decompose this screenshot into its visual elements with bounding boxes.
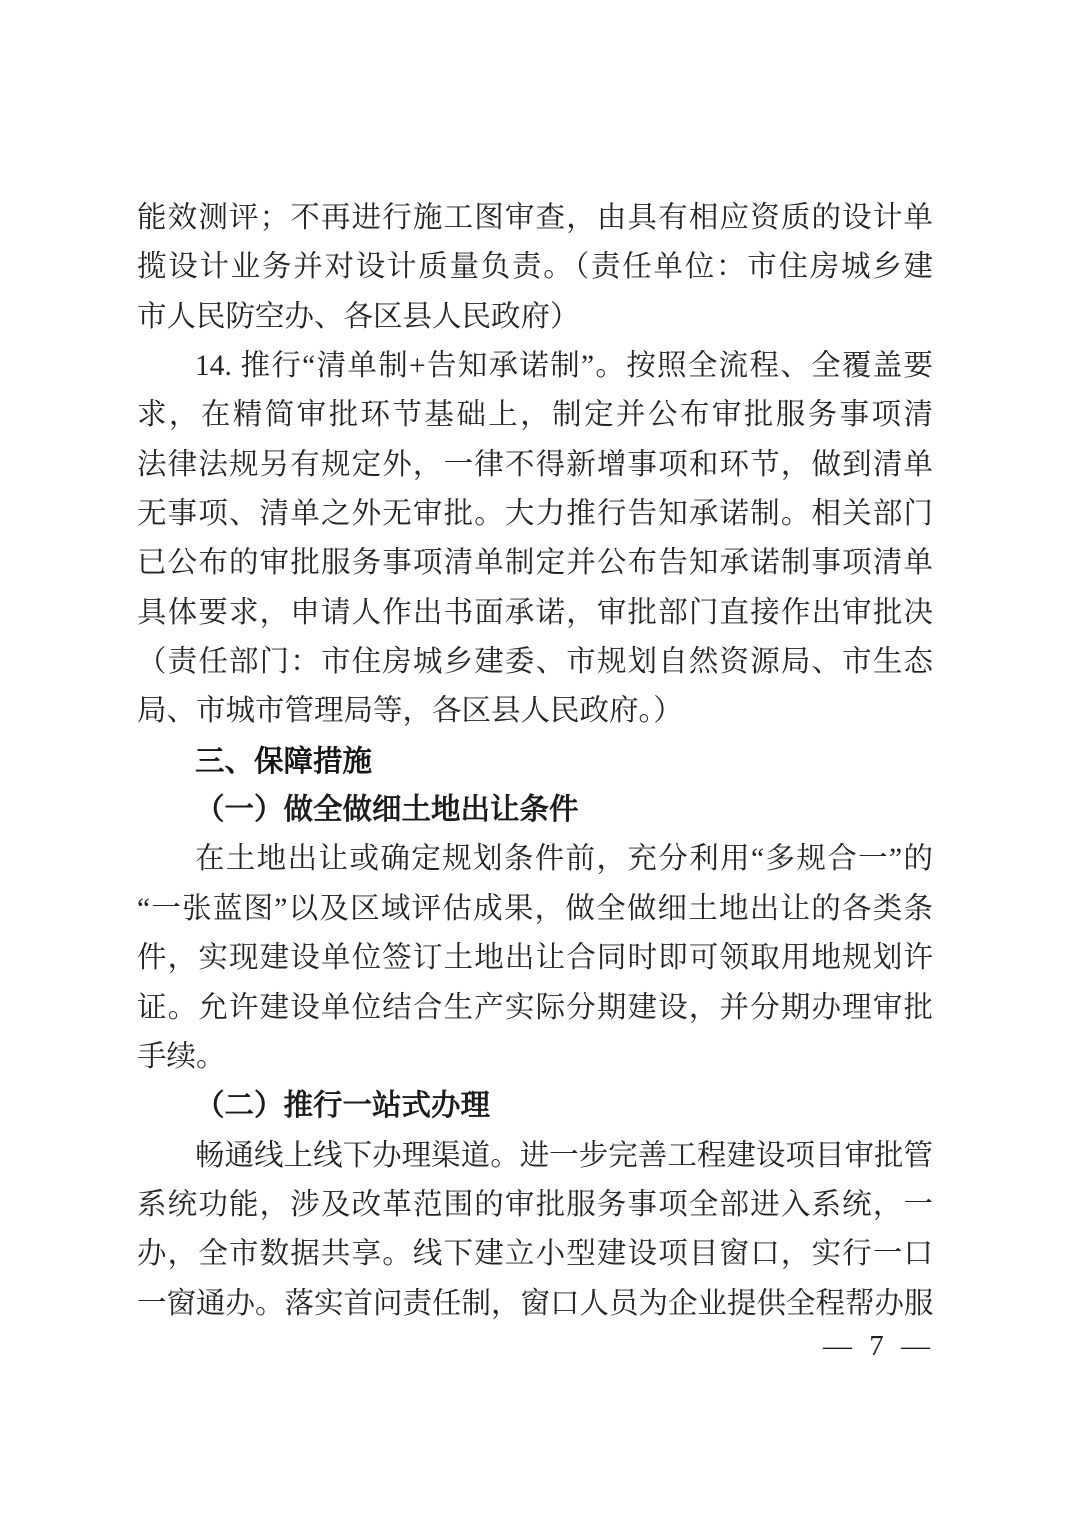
subsection-heading-2: （二）推行一站式办理	[137, 1082, 933, 1131]
body-text-line: 畅通线上线下办理渠道。进一步完善工程建设项目审批管理	[137, 1132, 933, 1181]
body-text-line: 14. 推行“清单制+告知承诺制”。按照全流程、全覆盖要	[137, 342, 933, 391]
body-text-line: 办，全市数据共享。线下建立小型建设项目窗口，实行一口受理，	[137, 1230, 933, 1279]
document-page: 能效测评；不再进行施工图审查，由具有相应资质的设计单位承 揽设计业务并对设计质量…	[0, 0, 1074, 1520]
body-text-line: （责任部门：市住房城乡建委、市规划自然资源局、市生态环境	[137, 638, 933, 687]
subsection-heading-1: （一）做全做细土地出让条件	[137, 786, 933, 835]
body-text-line: 求，在精简审批环节基础上，制定并公布审批服务事项清单，除	[137, 391, 933, 440]
page-number: — 7 —	[823, 1322, 935, 1371]
body-text-line: 法律法规另有规定外，一律不得新增事项和环节，做到清单之外	[137, 441, 933, 490]
section-heading-3: 三、保障措施	[137, 737, 933, 786]
body-text-line: 系统功能，涉及改革范围的审批服务事项全部进入系统，一网通	[137, 1181, 933, 1230]
body-text-line: 能效测评；不再进行施工图审查，由具有相应资质的设计单位承	[137, 194, 933, 243]
body-text-line: 手续。	[137, 1033, 933, 1082]
body-text-line: “一张蓝图”以及区域评估成果，做全做细土地出让的各类条	[137, 885, 933, 934]
body-text-line: 在土地出让或确定规划条件前，充分利用“多规合一”的	[137, 835, 933, 884]
body-text-line: 证。允许建设单位结合生产实际分期建设，并分期办理审批服务	[137, 984, 933, 1033]
body-text-line: 局、市城市管理局等，各区县人民政府。）	[137, 687, 933, 736]
body-text-line: 揽设计业务并对设计质量负责。（责任单位：市住房城乡建委、	[137, 243, 933, 292]
body-text-line: 一窗通办。落实首问责任制，窗口人员为企业提供全程帮办服务	[137, 1280, 933, 1329]
body-text-line: 市人民防空办、各区县人民政府）	[137, 293, 933, 342]
body-text-line: 具体要求，申请人作出书面承诺，审批部门直接作出审批决定。	[137, 589, 933, 638]
body-text-line: 已公布的审批服务事项清单制定并公布告知承诺制事项清单及	[137, 539, 933, 588]
body-text-line: 件，实现建设单位签订土地出让合同时即可领取用地规划许可	[137, 934, 933, 983]
body-text-line: 无事项、清单之外无审批。大力推行告知承诺制。相关部门根据	[137, 490, 933, 539]
document-body: 能效测评；不再进行施工图审查，由具有相应资质的设计单位承 揽设计业务并对设计质量…	[137, 194, 933, 1329]
